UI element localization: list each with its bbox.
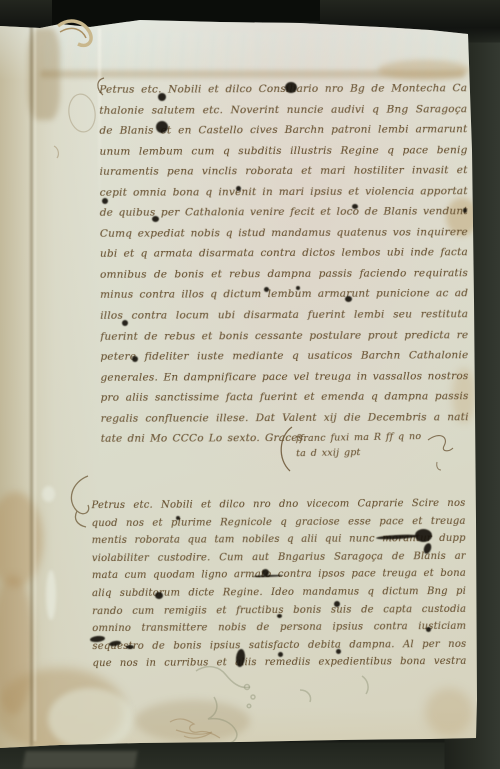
stain-left-margin [0, 492, 43, 587]
ink-blot [277, 614, 282, 618]
ink-blot [155, 592, 163, 599]
ink-blot [345, 296, 352, 302]
ink-blot [102, 198, 108, 204]
manuscript-line: aliq subditorum dicte Regine. Ideo manda… [92, 583, 466, 603]
manuscript-entry-1: Petrus etc. Nobili et dilco Consiliario … [99, 78, 469, 449]
manuscript-line: iuramentis pena vinclis roborata et mari… [100, 160, 468, 182]
manuscript-line: Petrus etc. Nobili et dilco nro dno vice… [91, 495, 465, 515]
ink-blot [152, 216, 159, 222]
manuscript-line: Petrus etc. Nobili et dilco Consiliario … [99, 78, 467, 100]
manuscript-line: illos contra locum ubi disarmata fuerint… [100, 304, 468, 326]
ink-blot [334, 601, 340, 607]
manuscript-line: ubi et q armata disarmata contra dictos … [100, 243, 468, 265]
ink-blot [122, 320, 128, 326]
ink-blot [296, 286, 300, 290]
binding-fold-highlight [34, 26, 36, 741]
entry2-initial-flourish [71, 476, 88, 527]
manuscript-line: minus contra illos q dictum lembum armar… [100, 284, 468, 306]
manuscript-line: mentis roborata qua tam nobiles q alii q… [92, 530, 466, 550]
manuscript-line: pro aliis sanctissime facta fuerint et e… [101, 386, 469, 408]
manuscript-line: fuerint de rebus et bonis cessante postu… [100, 325, 468, 347]
ink-blot [158, 93, 166, 101]
manuscript-photo: Petrus etc. Nobili et dilco Consiliario … [0, 0, 500, 769]
stain-bottom-center [135, 700, 250, 742]
ink-blot [278, 652, 283, 657]
manuscript-line: thalonie salutem etc. Noverint nuncie au… [99, 99, 467, 121]
manuscript-line: ta d xxij gpt [296, 444, 436, 461]
manuscript-line: Cumq expediat nobis q istud mandamus qua… [100, 222, 468, 244]
backdrop-floor-patch [22, 751, 137, 769]
stain-top-right [378, 60, 470, 80]
wax-drip-2 [42, 486, 55, 502]
ink-blot [352, 204, 358, 209]
manuscript-line: quod nos et plurime Regnicole q graciose… [92, 512, 466, 532]
manuscript-entry-2: Petrus etc. Nobili et dilco nro dno vice… [91, 495, 466, 673]
wax-patch-bottom-left [48, 688, 133, 750]
manuscript-line: regalis confluencie illese. Dat Valent x… [101, 407, 469, 429]
parchment-page: Petrus etc. Nobili et dilco Consiliario … [0, 0, 500, 769]
manuscript-line: ffranc fuxi ma R ff q no [296, 429, 436, 446]
manuscript-line: de Blanis et en Castello cives Barchn pa… [99, 119, 467, 141]
manuscript-line: omnino transmittere nobis de persona ips… [92, 618, 466, 638]
ink-blot [426, 627, 431, 632]
chancery-note: ffranc fuxi ma R ff q nota d xxij gpt [296, 429, 437, 461]
manuscript-line: violabiliter custodire. Cum aut Bngarius… [92, 548, 466, 568]
paraph-circle-mark [66, 92, 97, 133]
stain-bottom-right [425, 688, 473, 736]
ink-blot [285, 82, 297, 93]
ink-blot [132, 356, 138, 362]
margin-smudge-mark [54, 146, 58, 158]
manuscript-line: omnibus de bonis et rebus dampna passis … [100, 263, 468, 285]
binding-fold-crease [30, 26, 33, 746]
ink-blot [264, 287, 269, 292]
ink-blot [126, 645, 134, 649]
ink-blot [236, 186, 241, 191]
ink-blot [463, 208, 467, 213]
ink-blot [415, 529, 432, 542]
manuscript-line: petere fideliter iuste mediante q usatic… [100, 345, 468, 367]
note-comma-mark [437, 462, 441, 470]
wax-drip [46, 570, 56, 620]
ink-blot [176, 516, 180, 520]
manuscript-line: unum lembum cum q subditis illustris Reg… [99, 140, 467, 162]
ink-blot [336, 649, 341, 654]
manuscript-line: generales. En dampnificare pace vel treu… [100, 366, 468, 388]
manuscript-line: cepit omnia bona q invenit in mari ipsiu… [100, 181, 468, 203]
